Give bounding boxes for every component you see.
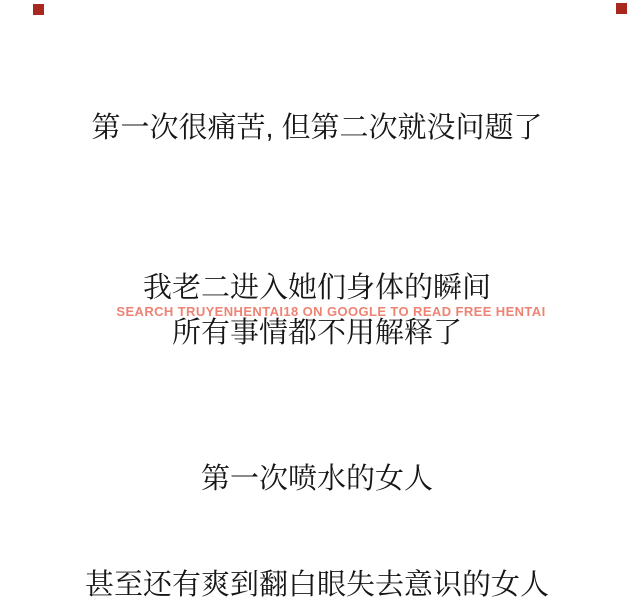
caption-line-3: 所有事情都不用解释了 [0,317,634,349]
red-corner-mark-left [33,4,44,15]
comic-page: 第一次很痛苦, 但第二次就没问题了 我老二进入她们身体的瞬间 SEARCH TR… [0,0,634,616]
caption-line-4: 第一次喷水的女人 [0,463,634,495]
caption-line-2: 我老二进入她们身体的瞬间 [0,272,634,304]
caption-line-1: 第一次很痛苦, 但第二次就没问题了 [0,112,634,144]
caption-line-5: 甚至还有爽到翻白眼失去意识的女人 [0,569,634,601]
red-corner-mark-right [616,3,627,14]
